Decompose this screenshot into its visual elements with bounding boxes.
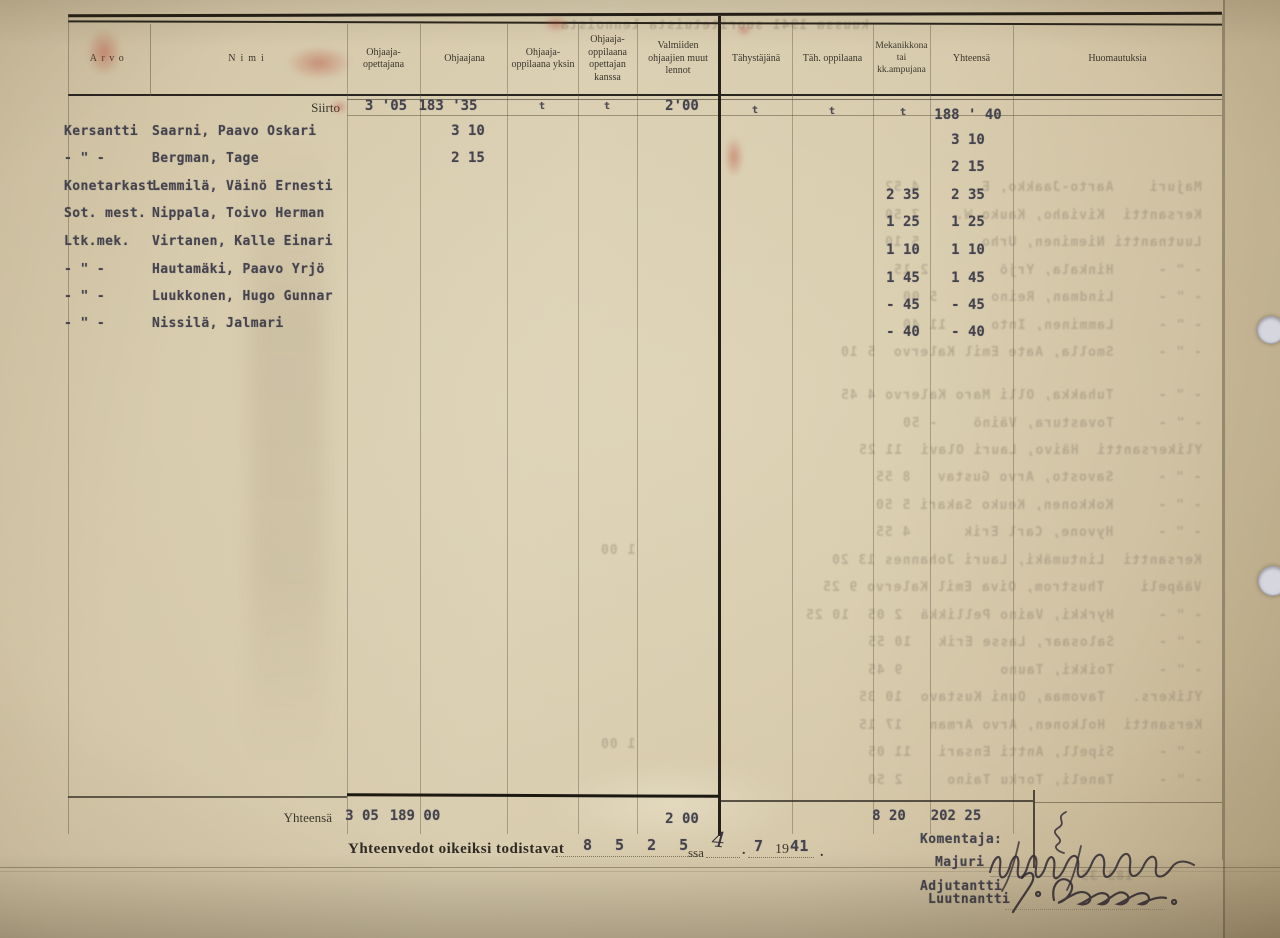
adjutant-signature [1008, 866, 1180, 921]
unit-number: 8 5 2 5 [583, 838, 695, 853]
siirto-label: Siirto [254, 100, 340, 116]
year-typed: 41 [790, 839, 809, 854]
bleed-through-line: - " - Savosto, Arvo Gustav 8 55 [875, 470, 1202, 485]
siirto-row: Siirto 3 '05 183 '35 t t 2'00 t t t 188 … [0, 99, 1280, 121]
punch-hole [1258, 566, 1280, 596]
column-header-oppilaana-yksin: Ohjaaja-oppilaana yksin [510, 26, 576, 92]
totals-rule-right [1033, 802, 1222, 803]
name-cell: Bergman, Tage [152, 151, 259, 166]
table-row: Sot. mest. Nippala, Toivo Herman 1 25 1 … [0, 206, 1280, 228]
unit-underline [556, 855, 698, 857]
rank-cell: Sot. mest. [64, 206, 146, 221]
bleed-through-line: - " - Tuhakka, Olli Maro Kalervo 4 45 [840, 388, 1202, 403]
bleed-through-line: Kersantti Lintumäki, Lauri Johannes 13 2… [831, 553, 1202, 568]
yhteensa-cell: 2 15 [928, 160, 1008, 175]
yhteensa-cell: 1 10 [928, 243, 1008, 258]
yhteensa-cell: 3 10 [928, 133, 1008, 148]
bleed-through-line: - " - Hyvone, Carl Erik 4 55 [875, 525, 1202, 540]
bleed-through-line: Ylikers. Tavomaa, Ouni Kustavo 10 35 [858, 690, 1202, 705]
siirto-yksin-tick: t [512, 99, 572, 114]
commander-rank: Majuri [935, 855, 984, 870]
bleed-through-line: Ylikersantti Häivo, Lauri Olavi 11 25 [858, 443, 1202, 458]
yhteensa-cell: - 45 [928, 298, 1008, 313]
siirto-tahystajana-tick: t [720, 103, 790, 118]
table-top-border [68, 12, 1222, 17]
column-header-valmiiden: Valmiiden ohjaajien muut lennot [640, 26, 716, 92]
column-header-ohjaajana: Ohjaajana [424, 26, 505, 92]
bleed-through-line: 1 00 [600, 737, 635, 752]
table-row: - " - Hautamäki, Paavo Yrjö 1 45 1 45 [0, 262, 1280, 284]
rank-cell: Ltk.mek. [64, 234, 130, 249]
column-header-yhteensa: Yhteensä [932, 26, 1011, 92]
name-cell: Saarni, Paavo Oskari [152, 124, 317, 139]
bleed-through-line: - " - Kokkonen, Keuko Sakari 5 50 [875, 498, 1202, 513]
name-cell: Virtanen, Kalle Einari [152, 234, 333, 249]
bleed-through-line: - " - Smolla, Aate Emil Kalervo 5 10 [840, 345, 1202, 360]
red-pencil-mark [724, 136, 744, 178]
name-cell: Nissilä, Jalmari [152, 316, 284, 331]
column-header-tah-oppilaana: Täh. oppilaana [794, 26, 871, 92]
table-row: Ltk.mek. Virtanen, Kalle Einari 1 10 1 1… [0, 234, 1280, 256]
scanned-flight-log-photo: kuussa 1941 suoritetuista lennoistaMajur… [0, 0, 1280, 938]
yhteensa-cell: 2 35 [928, 188, 1008, 203]
name-cell: Lemmilä, Väinö Ernesti [152, 179, 333, 194]
red-pencil-mark [736, 24, 752, 36]
yhteensa-cell: 1 45 [928, 271, 1008, 286]
bleed-through-line: - " - Taneli, Torku Taino 2 50 [867, 773, 1202, 788]
bleed-through-line: - " - Hyrkki, Vaino Pellikkä 2 05 10 25 [805, 608, 1202, 623]
totals-row: Yhteensä 3 05 189 00 2 00 8 20 202 25 [0, 809, 1280, 831]
rank-cell: Konetarkast. [64, 179, 163, 194]
day-underline [706, 856, 740, 858]
table-row: Konetarkast. Lemmilä, Väinö Ernesti 2 35… [0, 179, 1280, 201]
bleed-through-line: - " - Tovastura, Väinö - 50 [902, 416, 1202, 431]
name-cell: Hautamäki, Paavo Yrjö [152, 262, 325, 277]
bleed-through-line: Kersantti Holkonen, Arvo Arman 17 15 [858, 718, 1202, 733]
totals-rule-left [68, 796, 347, 798]
punch-hole [1257, 316, 1280, 344]
rank-cell: - " - [64, 262, 105, 277]
rank-cell: Kersantti [64, 124, 138, 139]
totals-yhteensa: 202 25 [916, 809, 996, 824]
totals-mekanikkona: 8 20 [854, 809, 924, 824]
column-header-ohjaaja-opettajana: Ohjaaja-opettajana [349, 26, 418, 92]
yhteensa-cell: 1 25 [928, 215, 1008, 230]
certification-text: Yhteenvedot oikeiksi todistavat [348, 841, 564, 858]
red-pencil-mark [543, 16, 569, 32]
bleed-through-line: - " - Salosaar, Lasse Erik 10 55 [867, 635, 1202, 650]
date-separator: . [742, 843, 746, 859]
column-header-tahystajana: Tähystäjänä [722, 26, 790, 92]
totals-muut-lennot: 2 00 [647, 812, 717, 827]
rank-cell: - " - [64, 151, 105, 166]
siirto-ohjaajana: 183 '35 [408, 99, 488, 114]
red-pencil-mark [330, 100, 348, 114]
ohjaajana-cell: 2 15 [428, 151, 508, 166]
date-period: . [820, 845, 824, 861]
table-row: - " - Nissilä, Jalmari - 40 - 40 [0, 316, 1280, 338]
siirto-muut-lennot: 2'00 [647, 99, 717, 114]
handwritten-day: 4 [711, 827, 726, 852]
rank-cell: - " - [64, 316, 105, 331]
table-row: - " - Luukkonen, Hugo Gunnar - 45 - 45 [0, 289, 1280, 311]
date-underline [748, 856, 814, 858]
yhteensa-cell: - 40 [928, 325, 1008, 340]
table-top-border-inner [68, 20, 1222, 25]
column-header-oppilaana-kanssa: Ohjaaja-oppilaana opettajan kanssa [580, 26, 635, 92]
totals-label: Yhteensä [240, 810, 332, 826]
siirto-kanssa-tick: t [577, 99, 637, 114]
siirto-yhteensa: 188 ' 40 [928, 108, 1008, 123]
red-pencil-mark [86, 28, 122, 76]
name-cell: Nippala, Toivo Herman [152, 206, 325, 221]
column-header-mekanikkona: Mekanikkona tai kk.ampujana [873, 26, 930, 92]
ssa-label: ssa [688, 845, 704, 861]
totals-rule-heavy [347, 793, 719, 798]
paper-stain [250, 140, 325, 760]
totals-ohjaajana: 189 00 [380, 809, 450, 824]
bleed-through-line: - " - Toikki, Tauno 9 45 [867, 663, 1202, 678]
bleed-through-line: 1 00 [600, 543, 635, 558]
table-row: - " - Bergman, Tage 2 15 2 15 [0, 151, 1280, 173]
table-row: Kersantti Saarni, Paavo Oskari 3 10 3 10 [0, 124, 1280, 146]
name-cell: Luukkonen, Hugo Gunnar [152, 289, 333, 304]
totals-rule-mid [719, 800, 1033, 802]
siirto-tah-oppilaana-tick: t [797, 104, 867, 119]
bleed-through-line: - " - Sipell, Antti Ensari 11 05 [867, 745, 1202, 760]
month-number: 7 [754, 839, 763, 854]
column-header-huomautuksia: Huomautuksia [1015, 26, 1220, 92]
rank-cell: - " - [64, 289, 105, 304]
red-pencil-mark [286, 46, 352, 80]
ohjaajana-cell: 3 10 [428, 124, 508, 139]
header-bottom-rule [68, 94, 1222, 96]
bleed-through-line: Vääpeli Thustrom, Oiva Emil Kalervo 9 25 [822, 580, 1202, 595]
